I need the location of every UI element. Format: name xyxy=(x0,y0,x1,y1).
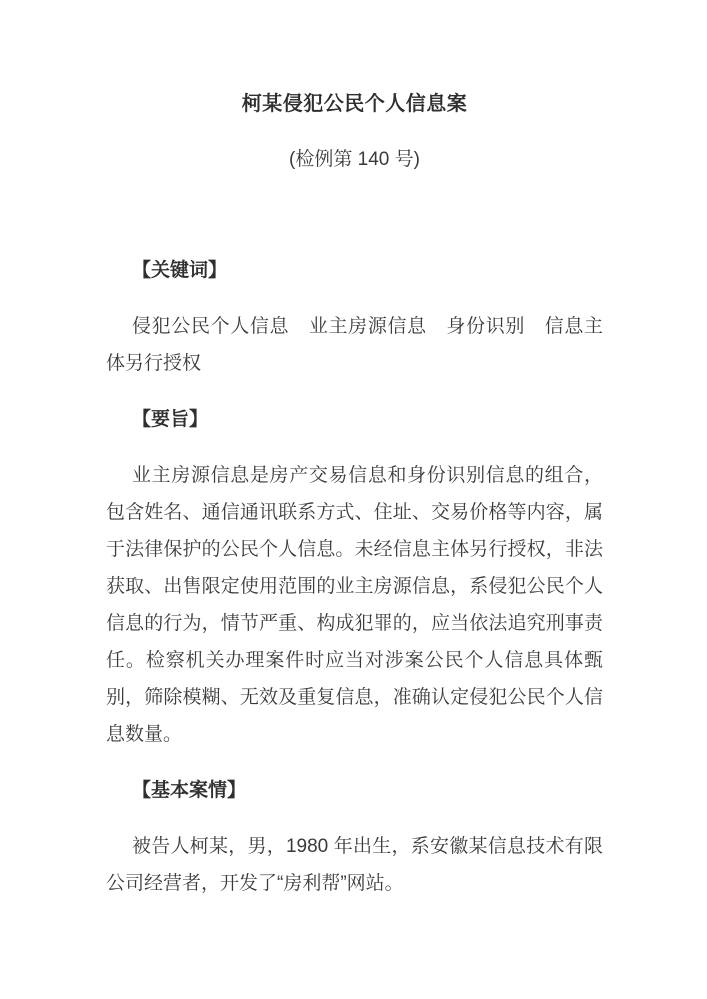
document-page: 柯某侵犯公民个人信息案 (检例第 140 号) 【关键词】 侵犯公民个人信息 业… xyxy=(0,0,707,999)
basic-facts-paragraph: 被告人柯某，男，1980 年出生，系安徽某信息技术有限公司经营者，开发了“房利帮… xyxy=(106,828,603,902)
section-heading-gist: 【要旨】 xyxy=(106,401,603,438)
case-number: (检例第 140 号) xyxy=(106,141,603,178)
section-heading-keywords: 【关键词】 xyxy=(106,252,603,289)
document-title: 柯某侵犯公民个人信息案 xyxy=(106,86,603,123)
section-heading-basic-facts: 【基本案情】 xyxy=(106,772,603,809)
keywords-text: 侵犯公民个人信息 业主房源信息 身份识别 信息主体另行授权 xyxy=(106,308,603,382)
gist-paragraph: 业主房源信息是房产交易信息和身份识别信息的组合，包含姓名、通信通讯联系方式、住址… xyxy=(106,457,603,753)
